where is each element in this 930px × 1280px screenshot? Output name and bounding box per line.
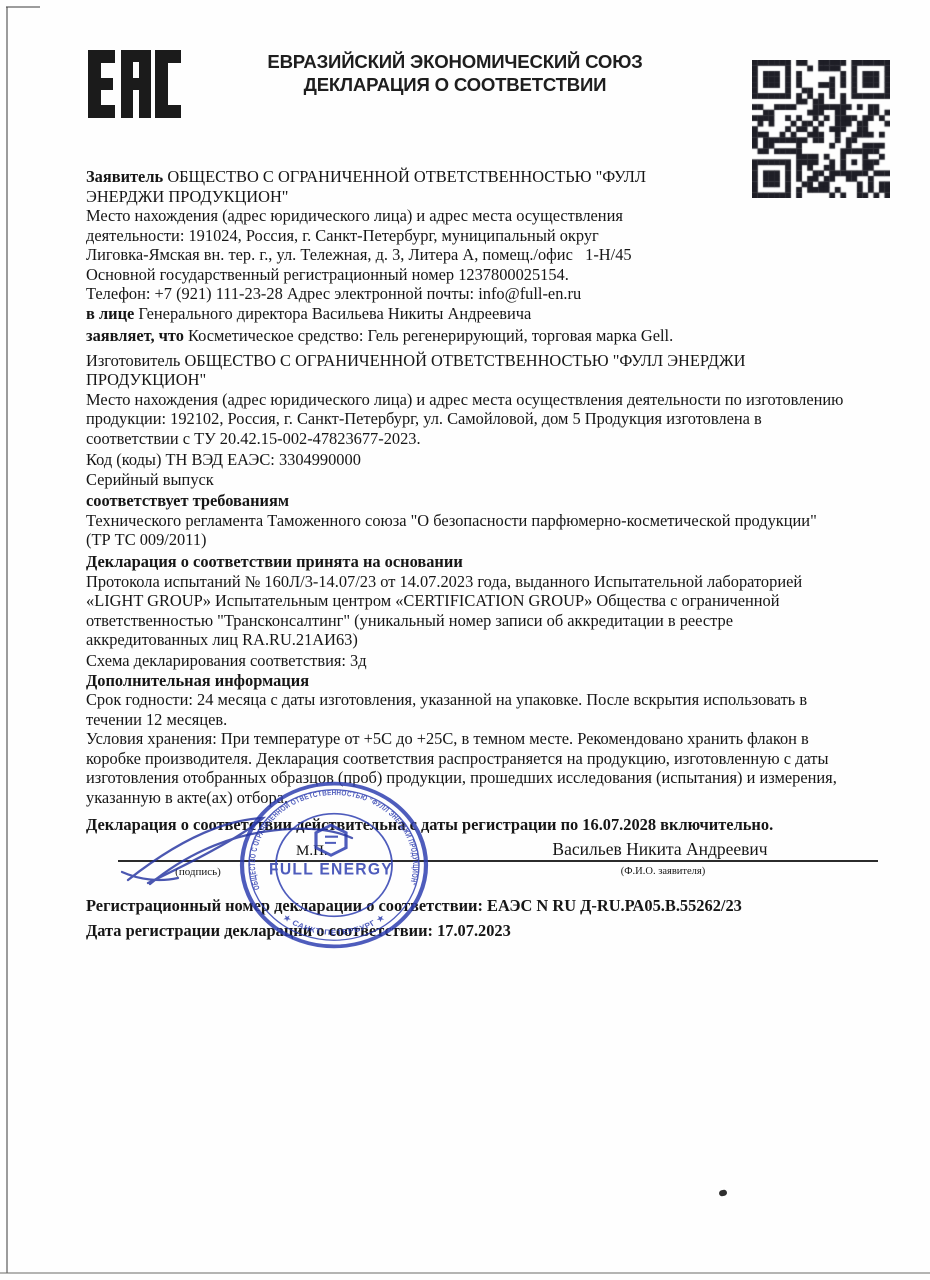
applicant-name: Васильев Никита Андреевич [520,839,800,860]
scan-edge-left [6,7,8,1273]
text-line: Лиговка-Ямская вн. тер. г., ул. Тележная… [86,245,892,265]
text-line: Условия хранения: При температуре от +5С… [86,729,892,749]
page-title-line1: ЕВРАЗИЙСКИЙ ЭКОНОМИЧЕСКИЙ СОЮЗ [150,50,760,73]
handwritten-signature [105,795,425,895]
text-line: Технического регламента Таможенного союз… [86,511,892,531]
text-line: течении 12 месяцев. [86,710,892,730]
text-line: Место нахождения (адрес юридического лиц… [86,390,892,410]
document-title: ЕВРАЗИЙСКИЙ ЭКОНОМИЧЕСКИЙ СОЮЗ ДЕКЛАРАЦИ… [150,50,760,96]
text-line: соответствует требованиям [86,491,892,511]
text-line: Телефон: +7 (921) 111-23-28 Адрес электр… [86,284,892,304]
text-line: Протокола испытаний № 160Л/3-14.07/23 от… [86,572,892,592]
text-line: Изготовитель ОБЩЕСТВО С ОГРАНИЧЕННОЙ ОТВ… [86,351,892,371]
text-line: ответственностью "Трансконсалтинг" (уник… [86,611,892,631]
text-line: Срок годности: 24 месяца с даты изготовл… [86,690,892,710]
text-line: ЭНЕРДЖИ ПРОДУКЦИОН" [86,187,892,207]
document-body: Заявитель ОБЩЕСТВО С ОГРАНИЧЕННОЙ ОТВЕТС… [86,167,892,835]
applicant-name-caption: (Ф.И.О. заявителя) [563,866,763,877]
text-line: Схема декларирования соответствия: 3д [86,651,892,671]
text-line: Основной государственный регистрационный… [86,265,892,285]
text-line: аккредитованных лиц RA.RU.21АИ63) [86,630,892,650]
text-line: в лице Генерального директора Васильева … [86,304,892,324]
text-line: Место нахождения (адрес юридического лиц… [86,206,892,226]
text-line: соответствии с ТУ 20.42.15-002-47823677-… [86,429,892,449]
text-line: «LIGHT GROUP» Испытательным центром «CER… [86,591,892,611]
scan-speck [718,1189,727,1197]
text-line: ПРОДУКЦИОН" [86,370,892,390]
text-line: Заявитель ОБЩЕСТВО С ОГРАНИЧЕННОЙ ОТВЕТС… [86,167,892,187]
text-line: Код (коды) ТН ВЭД ЕАЭС: 3304990000 [86,450,892,470]
text-line: заявляет, что Косметическое средство: Ге… [86,326,892,346]
page-title-line2: ДЕКЛАРАЦИЯ О СООТВЕТСТВИИ [150,73,760,96]
text-line: Серийный выпуск [86,470,892,490]
text-line: Декларация о соответствии принята на осн… [86,552,892,572]
text-line: деятельности: 191024, Россия, г. Санкт-П… [86,226,892,246]
scan-edge-top [6,6,40,8]
scan-edge-bottom [0,1272,930,1274]
text-line: изготовления отобранных образцов (проб) … [86,768,892,788]
text-line: коробке производителя. Декларация соотве… [86,749,892,769]
text-line: Дополнительная информация [86,671,892,691]
declaration-document: ЕВРАЗИЙСКИЙ ЭКОНОМИЧЕСКИЙ СОЮЗ ДЕКЛАРАЦИ… [0,0,930,1280]
text-line: (ТР ТС 009/2011) [86,530,892,550]
text-line: продукции: 192102, Россия, г. Санкт-Пете… [86,409,892,429]
